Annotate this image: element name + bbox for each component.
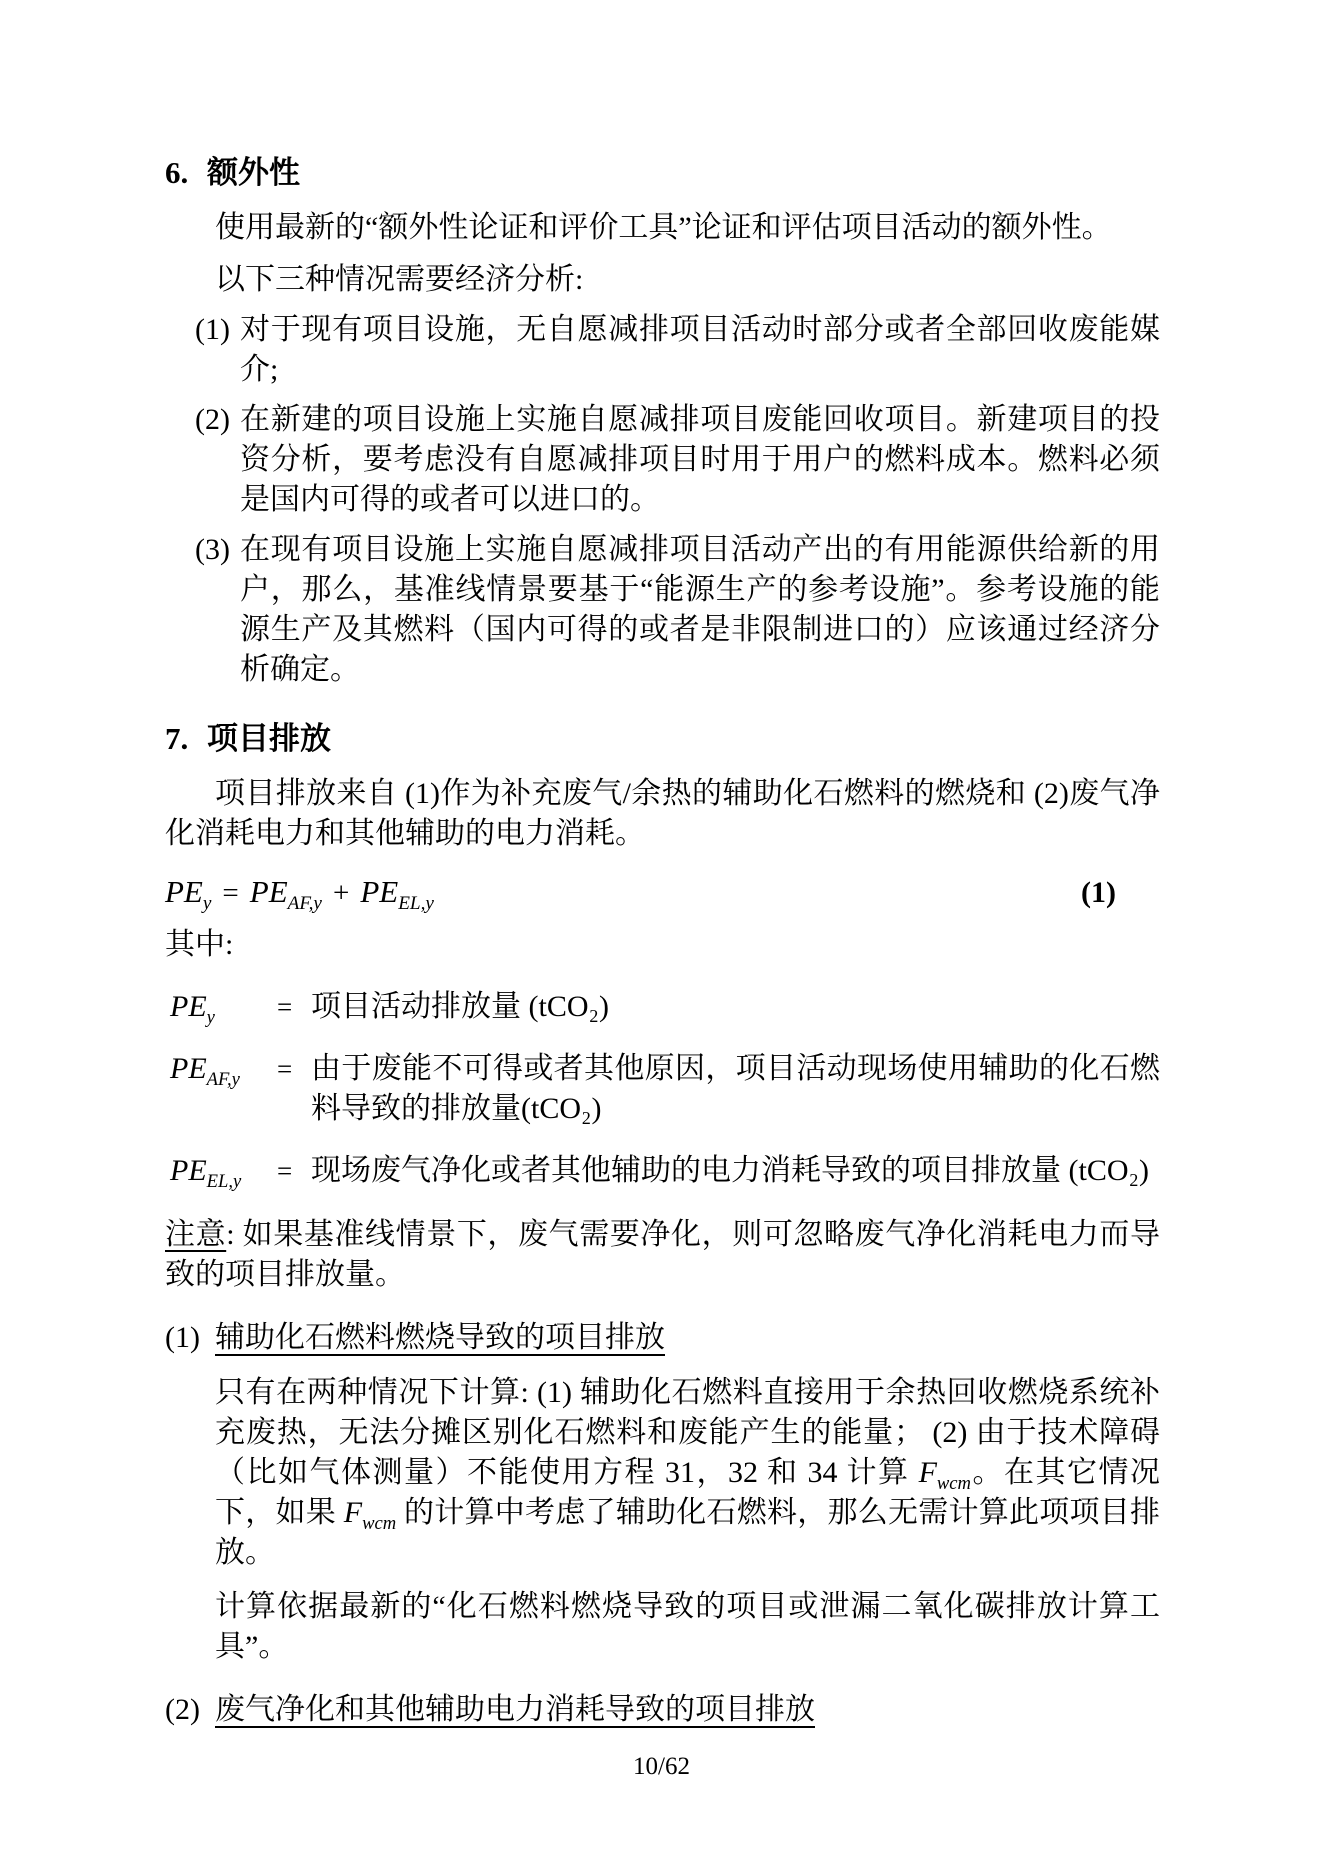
subsection-2-marker: (2) bbox=[165, 1689, 200, 1731]
project-emissions-intro-paragraph: 项目排放来自 (1)作为补充废气/余热的辅助化石燃料的燃烧和 (2)废气净化消耗… bbox=[165, 774, 1160, 854]
list-item-2-marker: (2) bbox=[195, 400, 230, 440]
math-var-fwcm: Fwcm bbox=[919, 1456, 971, 1489]
equation-term-pe-y: PEy bbox=[165, 874, 211, 909]
math-var-fwcm: Fwcm bbox=[344, 1496, 396, 1529]
definition-symbol-pe-el-y: PEEL,y bbox=[165, 1151, 277, 1191]
section-7-number: 7. bbox=[165, 716, 207, 762]
where-label: 其中: bbox=[165, 925, 1160, 965]
list-item-3: (3)在现有项目设施上实施自愿减排项目活动产出的有用能源供给新的用户，那么，基准… bbox=[165, 530, 1160, 690]
list-item-1-text: 对于现有项目设施，无自愿减排项目活动时部分或者全部回收废能媒介; bbox=[240, 313, 1160, 386]
note-text: : 如果基准线情景下，废气需要净化，则可忽略废气净化消耗电力而导致的项目排放量。 bbox=[165, 1218, 1160, 1291]
economic-analysis-lead-in: 以下三种情况需要经济分析: bbox=[165, 260, 1160, 300]
note-paragraph: 注意: 如果基准线情景下，废气需要净化，则可忽略废气净化消耗电力而导致的项目排放… bbox=[165, 1215, 1160, 1295]
plus-sign: + bbox=[333, 877, 349, 909]
section-6-additionality: 6.额外性 使用最新的“额外性论证和评价工具”论证和评估项目活动的额外性。 以下… bbox=[165, 150, 1160, 690]
definition-text-pe-af-y: 由于废能不可得或者其他原因，项目活动现场使用辅助的化石燃料导致的排放量(tCO₂… bbox=[311, 1049, 1160, 1129]
subsection-1-paragraph-2: 计算依据最新的“化石燃料燃烧导致的项目或泄漏二氧化碳排放计算工具”。 bbox=[215, 1587, 1160, 1667]
subsection-1-title: 辅助化石燃料燃烧导致的项目排放 bbox=[215, 1321, 665, 1354]
list-item-3-text: 在现有项目设施上实施自愿减排项目活动产出的有用能源供给新的用户，那么，基准线情景… bbox=[240, 533, 1160, 686]
list-item-1-marker: (1) bbox=[195, 310, 230, 350]
definition-text-pe-y: 项目活动排放量 (tCO₂) bbox=[311, 987, 1160, 1027]
definition-symbol-pe-y: PEy bbox=[165, 987, 277, 1027]
subsection-1-marker: (1) bbox=[165, 1317, 200, 1359]
section-6-title: 额外性 bbox=[207, 155, 300, 190]
subsection-1-paragraph-1: 只有在两种情况下计算: (1) 辅助化石燃料直接用于余热回收燃烧系统补充废热，无… bbox=[215, 1373, 1160, 1573]
list-item-2-text: 在新建的项目设施上实施自愿减排项目废能回收项目。新建项目的投资分析，要考虑没有自… bbox=[240, 403, 1160, 516]
list-item-2: (2)在新建的项目设施上实施自愿减排项目废能回收项目。新建项目的投资分析，要考虑… bbox=[165, 400, 1160, 520]
note-label: 注意 bbox=[165, 1218, 226, 1251]
subsection-2-heading: (2)废气净化和其他辅助电力消耗导致的项目排放 bbox=[165, 1689, 1160, 1731]
definition-text-pe-el-y: 现场废气净化或者其他辅助的电力消耗导致的项目排放量 (tCO₂) bbox=[311, 1151, 1160, 1191]
additionality-intro-paragraph: 使用最新的“额外性论证和评价工具”论证和评估项目活动的额外性。 bbox=[165, 208, 1160, 248]
equation-1-expression: PEy=PEAF,y+PEEL,y bbox=[165, 872, 434, 913]
definition-equals: = bbox=[277, 1049, 311, 1089]
section-7-project-emissions: 7.项目排放 项目排放来自 (1)作为补充废气/余热的辅助化石燃料的燃烧和 (2… bbox=[165, 716, 1160, 1731]
document-page: 6.额外性 使用最新的“额外性论证和评价工具”论证和评估项目活动的额外性。 以下… bbox=[0, 0, 1323, 1871]
section-6-heading: 6.额外性 bbox=[165, 150, 1160, 196]
definition-row-pe-el-y: PEEL,y = 现场废气净化或者其他辅助的电力消耗导致的项目排放量 (tCO₂… bbox=[165, 1151, 1160, 1191]
equation-term-pe-af-y: PEAF,y bbox=[250, 874, 322, 909]
list-item-1: (1)对于现有项目设施，无自愿减排项目活动时部分或者全部回收废能媒介; bbox=[165, 310, 1160, 390]
equation-1-number: (1) bbox=[1081, 873, 1116, 913]
section-7-title: 项目排放 bbox=[207, 721, 331, 756]
section-7-heading: 7.项目排放 bbox=[165, 716, 1160, 762]
subsection-1-heading: (1)辅助化石燃料燃烧导致的项目排放 bbox=[165, 1317, 1160, 1359]
page-number: 10/62 bbox=[633, 1753, 690, 1780]
equation-1: PEy=PEAF,y+PEEL,y (1) bbox=[165, 872, 1160, 913]
section-6-number: 6. bbox=[165, 150, 207, 196]
subsection-2-title: 废气净化和其他辅助电力消耗导致的项目排放 bbox=[215, 1693, 815, 1726]
definition-equals: = bbox=[277, 987, 311, 1027]
definition-row-pe-af-y: PEAF,y = 由于废能不可得或者其他原因，项目活动现场使用辅助的化石燃料导致… bbox=[165, 1049, 1160, 1129]
definition-equals: = bbox=[277, 1151, 311, 1191]
definition-row-pe-y: PEy = 项目活动排放量 (tCO₂) bbox=[165, 987, 1160, 1027]
equals-sign: = bbox=[222, 877, 238, 909]
list-item-3-marker: (3) bbox=[195, 530, 230, 570]
page-footer: 10/62 bbox=[0, 1752, 1323, 1782]
definition-symbol-pe-af-y: PEAF,y bbox=[165, 1049, 277, 1089]
equation-term-pe-el-y: PEEL,y bbox=[360, 874, 434, 909]
